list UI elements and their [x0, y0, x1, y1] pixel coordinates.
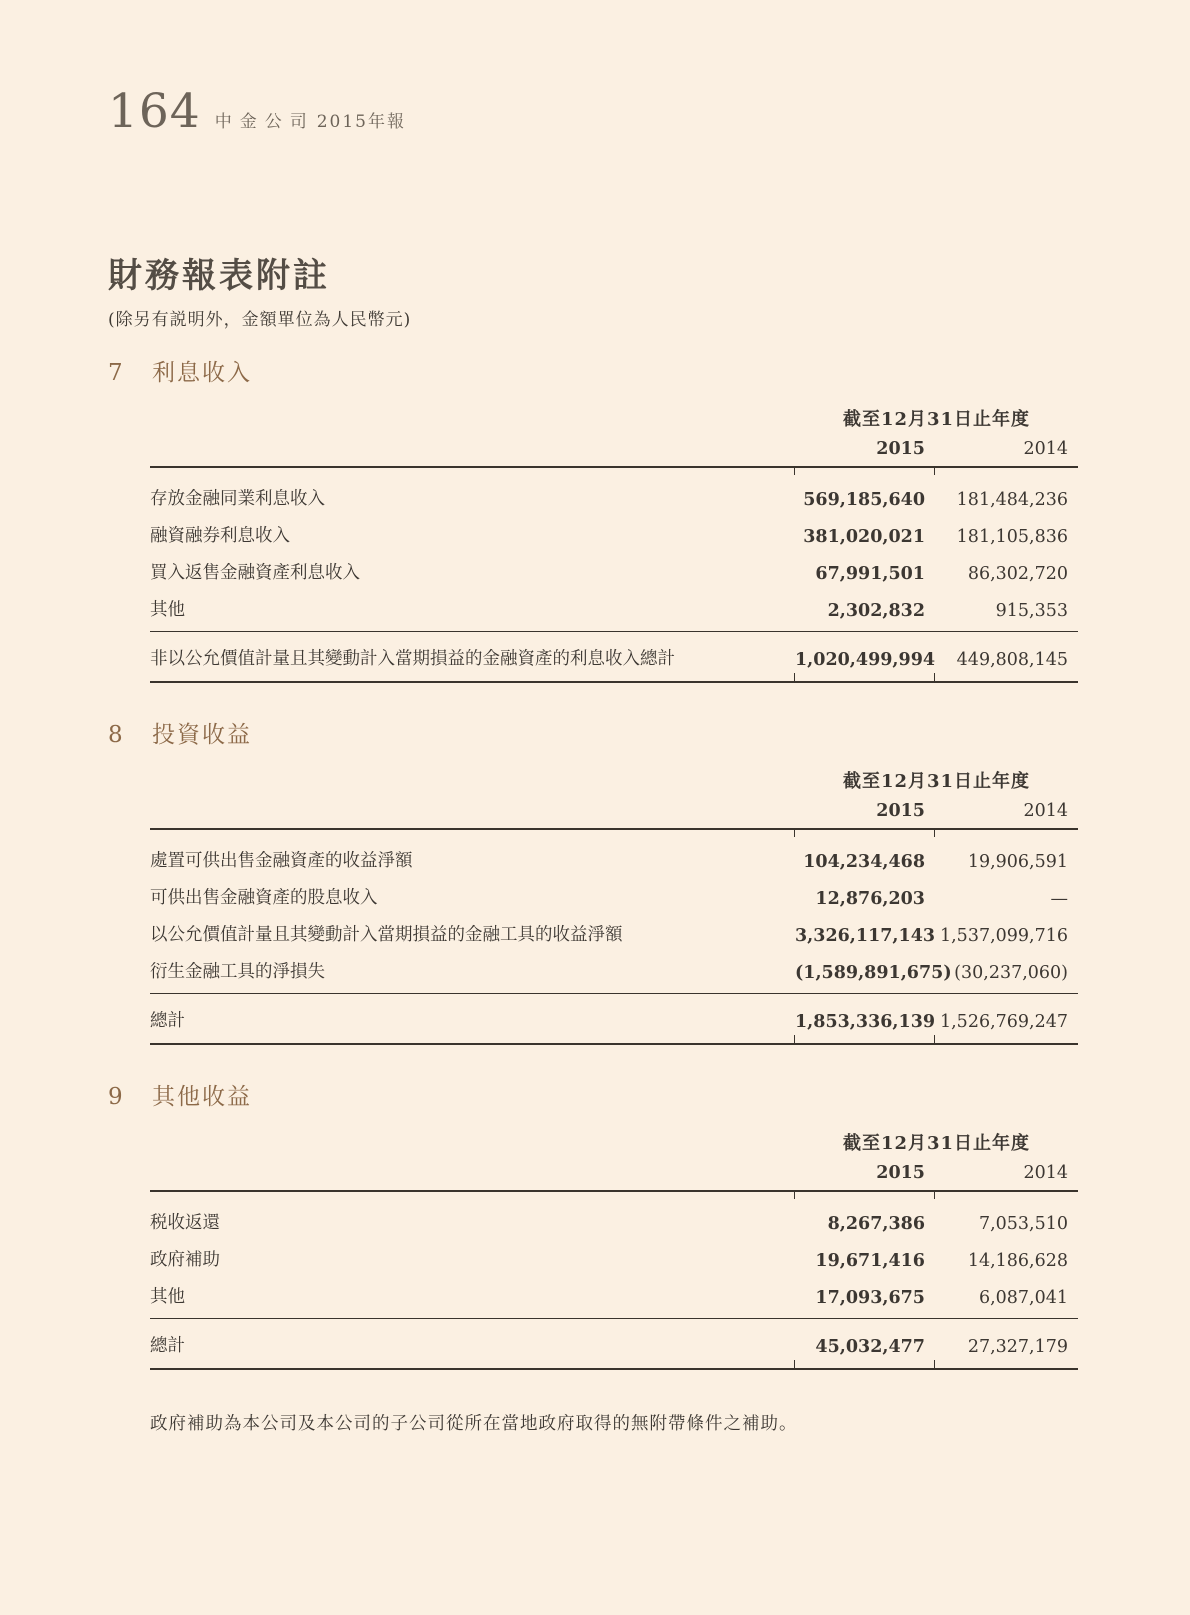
total-row: 非以公允價值計量且其變動計入當期損益的金融資產的利息收入總計 1,020,499…	[150, 632, 1078, 683]
value-2015: 17,093,675	[795, 1277, 935, 1319]
other-income-table: 截至12月31日止年度 2015 2014 税收返還8,267,3867,053…	[150, 1129, 1078, 1370]
row-label: 其他	[150, 590, 795, 632]
year-2014-header: 2014	[935, 1163, 1078, 1191]
total-value-2015: 1,020,499,994	[795, 632, 935, 683]
year-2015-header: 2015	[795, 801, 935, 829]
total-value-2015: 1,853,336,139	[795, 994, 935, 1045]
government-grant-footnote: 政府補助為本公司及本公司的子公司從所在當地政府取得的無附帶條件之補助。	[150, 1410, 1078, 1435]
value-2015: 104,234,468	[795, 829, 935, 878]
row-label: 可供出售金融資產的股息收入	[150, 878, 795, 915]
section-heading: 8 投資收益	[108, 716, 1078, 749]
table-row: 其他2,302,832915,353	[150, 590, 1078, 632]
section-title: 投資收益	[152, 716, 252, 749]
total-row: 總計 1,853,336,139 1,526,769,247	[150, 994, 1078, 1045]
row-label: 存放金融同業利息收入	[150, 467, 795, 516]
row-label: 買入返售金融資產利息收入	[150, 553, 795, 590]
report-year: 2015年報	[317, 107, 406, 132]
section-heading: 7 利息收入	[108, 354, 1078, 387]
period-label: 截至12月31日止年度	[795, 767, 1078, 801]
row-label: 衍生金融工具的淨損失	[150, 952, 795, 994]
row-label: 政府補助	[150, 1240, 795, 1277]
value-2015: 19,671,416	[795, 1240, 935, 1277]
table-row: 以公允價值計量且其變動計入當期損益的金融工具的收益淨額3,326,117,143…	[150, 915, 1078, 952]
year-2015-header: 2015	[795, 439, 935, 467]
year-2014-header: 2014	[935, 439, 1078, 467]
title-block: 財務報表附註 (除另有説明外，金額單位為人民幣元)	[108, 257, 1078, 330]
value-2015: 569,185,640	[795, 467, 935, 516]
value-2014: 19,906,591	[935, 829, 1078, 878]
total-row: 總計 45,032,477 27,327,179	[150, 1319, 1078, 1370]
value-2014: 181,484,236	[935, 467, 1078, 516]
table-row: 衍生金融工具的淨損失(1,589,891,675)(30,237,060)	[150, 952, 1078, 994]
year-2014-header: 2014	[935, 801, 1078, 829]
table-row: 税收返還8,267,3867,053,510	[150, 1191, 1078, 1240]
value-2015: 12,876,203	[795, 878, 935, 915]
value-2014: 6,087,041	[935, 1277, 1078, 1319]
period-header-row: 截至12月31日止年度	[150, 1129, 1078, 1163]
value-2015: (1,589,891,675)	[795, 952, 935, 994]
section-interest-income: 7 利息收入 截至12月31日止年度 2015 2014 存放金融同業利息收入5…	[108, 354, 1078, 683]
value-2014: 181,105,836	[935, 516, 1078, 553]
value-2014: 14,186,628	[935, 1240, 1078, 1277]
row-label: 融資融券利息收入	[150, 516, 795, 553]
row-label: 處置可供出售金融資產的收益淨額	[150, 829, 795, 878]
interest-income-table: 截至12月31日止年度 2015 2014 存放金融同業利息收入569,185,…	[150, 405, 1078, 683]
section-title: 其他收益	[152, 1078, 252, 1111]
company-name: 中金公司	[215, 107, 315, 132]
section-number: 7	[108, 360, 152, 386]
section-other-income: 9 其他收益 截至12月31日止年度 2015 2014 税收返還8,267,3…	[108, 1078, 1078, 1370]
header-spacer	[150, 1129, 795, 1163]
total-label: 非以公允價值計量且其變動計入當期損益的金融資產的利息收入總計	[150, 632, 795, 683]
row-label: 以公允價值計量且其變動計入當期損益的金融工具的收益淨額	[150, 915, 795, 952]
total-value-2015: 45,032,477	[795, 1319, 935, 1370]
period-label: 截至12月31日止年度	[795, 405, 1078, 439]
period-header-row: 截至12月31日止年度	[150, 767, 1078, 801]
year-header-row: 2015 2014	[150, 1163, 1078, 1191]
investment-income-table: 截至12月31日止年度 2015 2014 處置可供出售金融資產的收益淨額104…	[150, 767, 1078, 1045]
value-2014: 1,537,099,716	[935, 915, 1078, 952]
total-value-2014: 1,526,769,247	[935, 994, 1078, 1045]
total-value-2014: 27,327,179	[935, 1319, 1078, 1370]
value-2014: 86,302,720	[935, 553, 1078, 590]
value-2015: 2,302,832	[795, 590, 935, 632]
header-spacer	[150, 405, 795, 439]
row-label: 其他	[150, 1277, 795, 1319]
header-spacer	[150, 801, 795, 829]
page-number: 164	[108, 88, 201, 135]
section-number: 8	[108, 722, 152, 748]
period-label: 截至12月31日止年度	[795, 1129, 1078, 1163]
year-2015-header: 2015	[795, 1163, 935, 1191]
value-2014: 7,053,510	[935, 1191, 1078, 1240]
document-title: 財務報表附註	[108, 257, 1078, 296]
period-header-row: 截至12月31日止年度	[150, 405, 1078, 439]
table-row: 處置可供出售金融資產的收益淨額104,234,46819,906,591	[150, 829, 1078, 878]
table-row: 存放金融同業利息收入569,185,640181,484,236	[150, 467, 1078, 516]
running-header: 164 中金公司 2015年報	[108, 88, 1078, 135]
total-value-2014: 449,808,145	[935, 632, 1078, 683]
value-2015: 381,020,021	[795, 516, 935, 553]
table-row: 買入返售金融資產利息收入67,991,50186,302,720	[150, 553, 1078, 590]
header-spacer	[150, 439, 795, 467]
section-title: 利息收入	[152, 354, 252, 387]
section-heading: 9 其他收益	[108, 1078, 1078, 1111]
table-row: 其他17,093,6756,087,041	[150, 1277, 1078, 1319]
total-label: 總計	[150, 994, 795, 1045]
header-spacer	[150, 1163, 795, 1191]
value-2014: —	[935, 878, 1078, 915]
section-number: 9	[108, 1084, 152, 1110]
section-investment-income: 8 投資收益 截至12月31日止年度 2015 2014 處置可供出售金融資產的…	[108, 716, 1078, 1045]
table-row: 政府補助19,671,41614,186,628	[150, 1240, 1078, 1277]
value-2014: (30,237,060)	[935, 952, 1078, 994]
row-label: 税收返還	[150, 1191, 795, 1240]
year-header-row: 2015 2014	[150, 439, 1078, 467]
document-subtitle: (除另有説明外，金額單位為人民幣元)	[108, 305, 1078, 330]
value-2015: 67,991,501	[795, 553, 935, 590]
table-row: 可供出售金融資產的股息收入12,876,203—	[150, 878, 1078, 915]
value-2014: 915,353	[935, 590, 1078, 632]
table-row: 融資融券利息收入381,020,021181,105,836	[150, 516, 1078, 553]
value-2015: 3,326,117,143	[795, 915, 935, 952]
value-2015: 8,267,386	[795, 1191, 935, 1240]
year-header-row: 2015 2014	[150, 801, 1078, 829]
header-spacer	[150, 767, 795, 801]
total-label: 總計	[150, 1319, 795, 1370]
report-page: 164 中金公司 2015年報 財務報表附註 (除另有説明外，金額單位為人民幣元…	[0, 0, 1190, 1615]
